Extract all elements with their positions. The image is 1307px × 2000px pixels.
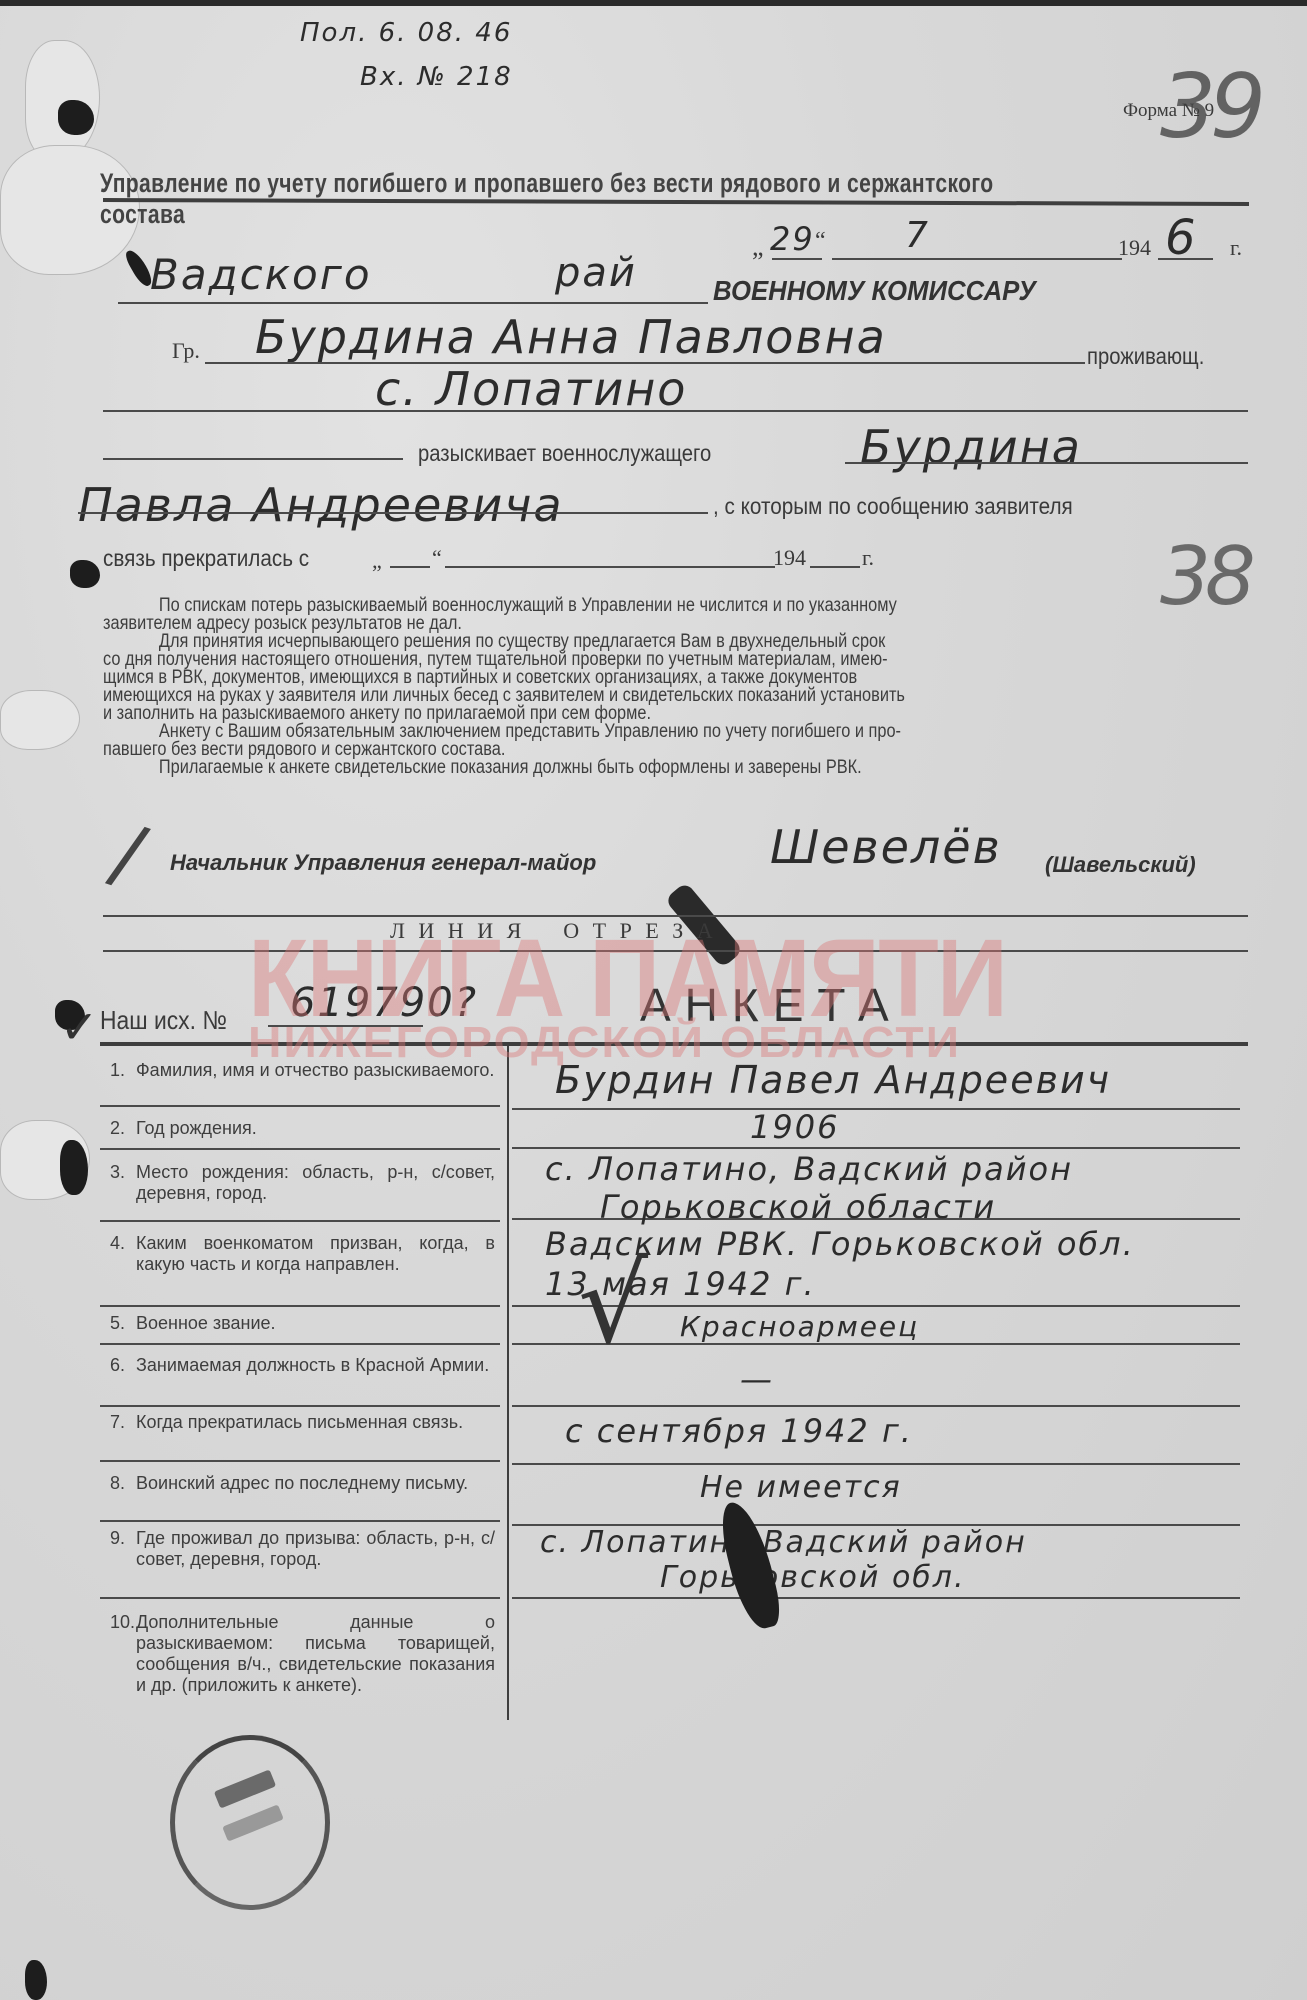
question-row-5: 5. Военное звание.: [110, 1313, 495, 1334]
signature-scrawl: Шевелёв: [770, 820, 1002, 874]
date-month: 7: [905, 215, 930, 256]
contact-text: , с которым по сообщению заявителя: [713, 493, 1073, 520]
outgoing-number: 619790?: [290, 980, 478, 1026]
residence-line: [103, 410, 1248, 412]
signature-title: Начальник Управления генерал-майор: [170, 850, 596, 876]
stamp-mark: [214, 1769, 276, 1808]
row-separator: [512, 1108, 1240, 1110]
punch-hole: [70, 560, 100, 588]
soldier-given-line: [78, 512, 708, 514]
round-stamp: [170, 1735, 330, 1910]
row-separator: [100, 1405, 500, 1407]
lost-contact-month-line: [445, 566, 775, 568]
question-text: Где проживал до призыва: область, р-н, с…: [110, 1528, 495, 1570]
row-separator: [100, 1460, 500, 1462]
question-text: Дополнительные данные о разыскиваемом: п…: [110, 1612, 495, 1696]
cut-line-label: Л И Н И Я О Т Р Е З А: [390, 918, 717, 944]
question-text: Фамилия, имя и отчество разыскиваемого.: [110, 1060, 495, 1081]
question-row-7: 7. Когда прекратилась письменная связь.: [110, 1412, 495, 1433]
paper-tear: [0, 690, 80, 750]
answer-5: Красноармеец: [680, 1310, 919, 1343]
question-row-8: 8. Воинский адрес по последнему письму.: [110, 1473, 495, 1494]
answer-1: Бурдин Павел Андреевич: [555, 1058, 1111, 1102]
answer-9-line-2: Горьковской обл.: [660, 1560, 966, 1595]
question-row-4: 4. Каким военкоматом призван, когда, в к…: [110, 1233, 495, 1275]
cut-line-bottom: [103, 950, 1248, 952]
question-text: Год рождения.: [110, 1118, 495, 1139]
lost-contact-day-line: [390, 566, 430, 568]
outgoing-label: Наш исх. №: [100, 1005, 227, 1036]
row-separator: [100, 1520, 500, 1522]
question-row-6: 6. Занимаемая должность в Красной Армии.: [110, 1355, 495, 1376]
answer-6: —: [740, 1360, 774, 1398]
row-separator: [100, 1305, 500, 1307]
soldier-given-name: Павла Андреевича: [78, 478, 564, 532]
search-label: разыскивает военнослужащего: [418, 440, 711, 467]
applicant-residence: с. Лопатино: [375, 362, 687, 416]
stamp-mark: [222, 1804, 284, 1841]
date-day: 29: [770, 220, 815, 258]
residing-label: проживающ.: [1087, 343, 1204, 370]
question-text: Каким военкоматом призван, когда, в каку…: [110, 1233, 495, 1275]
punch-hole: [25, 1960, 47, 2000]
row-separator: [100, 1597, 500, 1599]
question-row-9: 9. Где проживал до призыва: область, р-н…: [110, 1528, 495, 1570]
answer-8: Не имеется: [700, 1470, 902, 1505]
check-mark: /: [101, 806, 157, 903]
scan-edge: [0, 0, 1307, 6]
answer-9-line-1: с. Лопатино Вадский район: [540, 1525, 1027, 1560]
question-text: Когда прекратилась письменная связь.: [110, 1412, 495, 1433]
paper-tear: [25, 40, 100, 160]
punch-hole: [58, 100, 94, 135]
lost-contact-unit: г.: [862, 545, 874, 571]
addressee-title: ВОЕННОМУ КОМИССАРУ: [713, 275, 1036, 307]
questionnaire-header-line: [100, 1042, 1248, 1046]
date-year-prefix: 194: [1118, 235, 1151, 261]
date-year-line: [1158, 258, 1213, 260]
lost-contact-close-quote: “: [432, 545, 442, 571]
soldier-surname-line: [845, 462, 1248, 464]
row-separator: [100, 1148, 500, 1150]
question-row-10: 10. Дополнительные данные о разыскиваемо…: [110, 1612, 495, 1696]
blank-line: [103, 458, 403, 460]
question-text: Занимаемая должность в Красной Армии.: [110, 1355, 495, 1376]
row-separator: [100, 1105, 500, 1107]
row-separator: [512, 1405, 1240, 1407]
row-separator: [512, 1597, 1240, 1599]
outgoing-number-line: [268, 1025, 423, 1027]
applicant-name: Бурдина Анна Павловна: [255, 310, 887, 364]
received-date-note: Пол. 6. 08. 46: [300, 18, 512, 48]
row-separator: [100, 1343, 500, 1345]
signature-name: (Шавельский): [1045, 852, 1196, 878]
check-mark-large: √: [578, 1240, 650, 1368]
row-separator: [512, 1463, 1240, 1465]
lost-contact-year: 194: [773, 545, 806, 571]
questionnaire-title: АНКЕТА: [640, 978, 903, 1032]
body-paragraph: Прилагаемые к анкете свидетельские показ…: [103, 759, 1290, 777]
question-text: Место рождения: область, р-н, с/совет, д…: [110, 1162, 495, 1204]
date-close-quote: “: [815, 228, 826, 255]
addressee-line: [118, 302, 708, 304]
incoming-number-note: Вх. № 218: [360, 62, 513, 92]
date-month-line: [832, 258, 1122, 260]
row-separator: [100, 1220, 500, 1222]
applicant-prefix: Гр.: [172, 338, 200, 364]
question-row-3: 3. Место рождения: область, р-н, с/совет…: [110, 1162, 495, 1204]
check-mark-small: ✓: [60, 1000, 101, 1054]
date-open-quote: „: [752, 232, 764, 262]
answer-3-line-1: с. Лопатино, Вадский район: [545, 1150, 1073, 1188]
body-text: По спискам потерь разыскиваемый военносл…: [103, 597, 1290, 777]
lost-contact-year-line: [810, 566, 860, 568]
page-number-top: 39: [1160, 55, 1260, 158]
addressee-district-suffix: рай: [555, 250, 637, 296]
addressee-district: Вадского: [150, 250, 372, 299]
lost-contact-open-quote: „: [372, 548, 382, 574]
row-separator: [512, 1147, 1240, 1149]
question-text: Военное звание.: [110, 1313, 495, 1334]
question-row-1: 1. Фамилия, имя и отчество разыскиваемог…: [110, 1060, 495, 1081]
column-divider: [507, 1045, 509, 1720]
document-page: Пол. 6. 08. 46 Вх. № 218 Форма № 9 39 Уп…: [0, 0, 1307, 2000]
date-day-line: [772, 258, 822, 260]
answer-3-line-2: Горьковской области: [600, 1188, 996, 1226]
answer-7: с сентября 1942 г.: [565, 1412, 913, 1450]
lost-contact-label: связь прекратилась с: [103, 545, 309, 572]
cut-line-top: [103, 915, 1248, 917]
question-text: Воинский адрес по последнему письму.: [110, 1473, 495, 1494]
date-year-unit: г.: [1230, 235, 1242, 261]
answer-2: 1906: [750, 1108, 839, 1146]
soldier-surname: Бурдина: [860, 420, 1082, 474]
question-row-2: 2. Год рождения.: [110, 1118, 495, 1139]
